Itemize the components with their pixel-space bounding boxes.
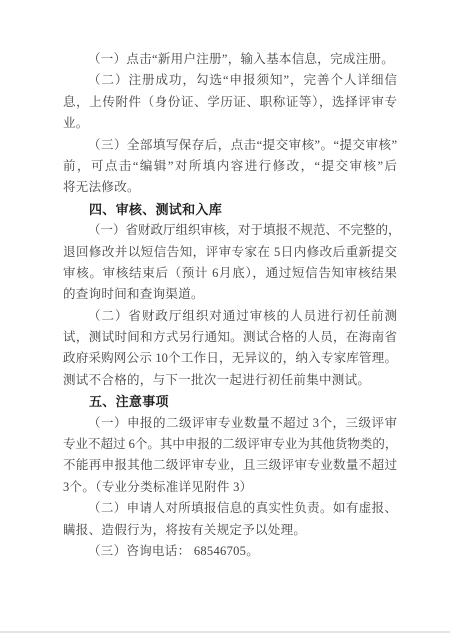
text-line: 试，测试时间和方式另行通知。测试合格的人员，在海南省 <box>63 327 397 348</box>
text-line: 将无法修改。 <box>63 177 397 198</box>
text-line: 不能再申报其他二级评审专业，且三级评审专业数量不超过 <box>63 455 397 476</box>
text-line: （一）申报的二级评审专业数量不超过 3个，三级评审 <box>63 413 397 434</box>
text-line: （三）全部填写保存后，点击“提交审核”。“提交审核” <box>63 135 397 156</box>
text-line: （二）省财政厅组织对通过审核的人员进行初任前测 <box>63 306 397 327</box>
text-line: （一）点击“新用户注册”，输入基本信息，完成注册。 <box>63 49 397 70</box>
section-heading: 五、注意事项 <box>63 391 397 412</box>
text-line: 专业不超过 6个。其中申报的二级评审专业为其他货物类的， <box>63 434 397 455</box>
text-line: （二）注册成功，勾选“申报须知”，完善个人详细信 <box>63 70 397 91</box>
text-line: 审核。审核结束后（预计 6月底），通过短信告知审核结果 <box>63 263 397 284</box>
text-line: 测试不合格的，与下一批次一起进行初任前集中测试。 <box>63 370 397 391</box>
text-line: （一）省财政厅组织审核，对于填报不规范、不完整的， <box>63 220 397 241</box>
text-line: （三）咨询电话： 68546705。 <box>63 541 397 562</box>
text-line: 政府采购网公示 10个工作日，无异议的，纳入专家库管理。 <box>63 348 397 369</box>
text-line: 业。 <box>63 113 397 134</box>
text-line: 瞒报、造假行为，将按有关规定予以处理。 <box>63 520 397 541</box>
document-body: （一）点击“新用户注册”，输入基本信息，完成注册。（二）注册成功，勾选“申报须知… <box>63 49 397 562</box>
document-page: （一）点击“新用户注册”，输入基本信息，完成注册。（二）注册成功，勾选“申报须知… <box>0 0 450 635</box>
text-line: 退回修改并以短信告知，评审专家在 5日内修改后重新提交 <box>63 242 397 263</box>
section-heading: 四、审核、测试和入库 <box>63 199 397 220</box>
text-line: （二）申请人对所填报信息的真实性负责。如有虚报、 <box>63 498 397 519</box>
text-line: 前，可点击“编辑”对所填内容进行修改，“提交审核”后 <box>63 156 397 177</box>
text-line: 3个。（专业分类标准详见附件 3） <box>63 477 397 498</box>
text-line: 息，上传附件（身份证、学历证、职称证等），选择评审专 <box>63 92 397 113</box>
text-line: 的查询时间和查询渠道。 <box>63 284 397 305</box>
page-bottom-edge <box>0 631 450 633</box>
